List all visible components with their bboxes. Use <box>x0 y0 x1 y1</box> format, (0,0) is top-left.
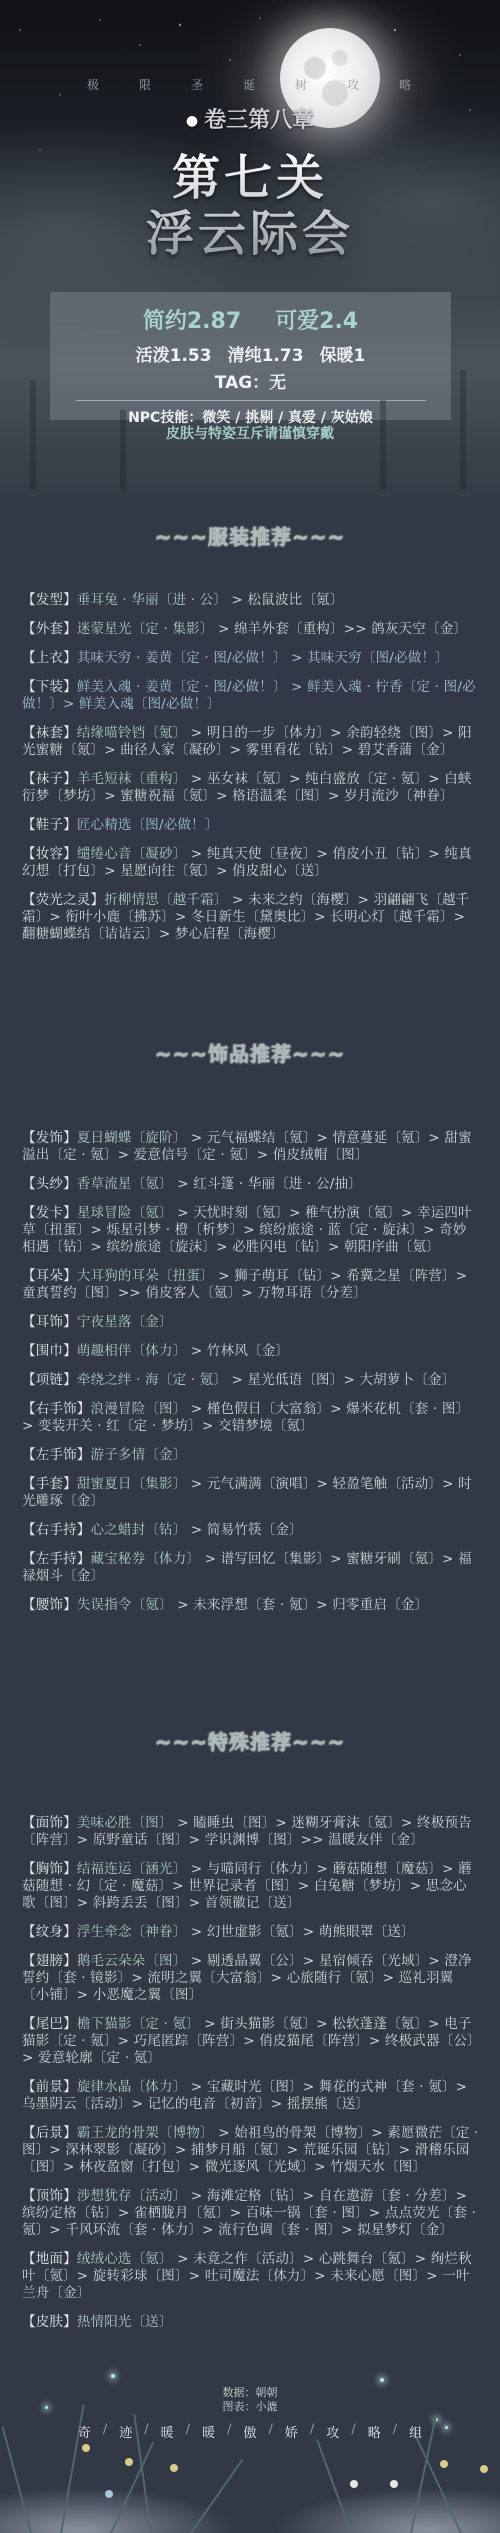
separator: / <box>144 2422 148 2441</box>
subtitle-char: 略 <box>399 76 413 93</box>
list-item: 【前景】旋律水晶〔体力〕 > 宝藏时光〔图〕> 舞花的式神〔套 · 氪〕> 乌墨… <box>22 2079 480 2113</box>
team-char: 娇 <box>285 2422 298 2441</box>
subtitle-char: 极 <box>87 76 101 93</box>
list-item: 【项链】牵绕之绊 · 海〔定 · 氪〕 > 星光低语〔图〕> 大胡萝卜〔金〕 <box>22 1372 480 1389</box>
credits-chart: 图表：小漉 <box>0 2400 500 2414</box>
item-primary: 大耳狗的耳朵〔扭蛋〕 <box>77 1268 214 1284</box>
item-primary: 浮生牵念〔神眷〕 <box>77 1924 187 1940</box>
team-char: 奇 <box>78 2422 91 2441</box>
stat-simple: 简约2.87 <box>143 304 241 335</box>
item-category: 【后景】 <box>22 2125 77 2141</box>
item-primary: 浪漫冒险〔图〕 <box>91 1401 187 1417</box>
item-primary: 折柳情思〔越千霜〕 <box>104 892 227 908</box>
item-primary: 牵绕之绊 · 海〔定 · 氪〕 <box>77 1372 227 1388</box>
separator: / <box>227 2422 231 2441</box>
list-item: 【地面】绒绒心选〔氪〕 > 未竟之作〔活动〕> 心跳舞台〔氪〕> 绚烂秋叶〔氪〕… <box>22 2251 480 2302</box>
stat-pure: 清纯1.73 <box>228 341 304 366</box>
firefly-decoration <box>111 2374 115 2378</box>
list-item: 【上衣】其味天穷 · 姜黄〔定 · 图/必做！〕 > 其味天穷〔图/必做！〕 <box>22 650 480 667</box>
flower-decoration <box>350 2480 358 2488</box>
item-primary: 迷蒙星光〔定 · 集影〕 <box>77 621 214 637</box>
item-category: 【荧光之灵】 <box>22 892 104 908</box>
item-category: 【前景】 <box>22 2079 77 2095</box>
item-category: 【地面】 <box>22 2251 77 2267</box>
subtitle-char: 攻 <box>347 76 361 93</box>
item-primary: 结福连运〔涵光〕 <box>77 1861 187 1877</box>
item-primary: 绒绒心选〔氪〕 <box>77 2251 173 2267</box>
separator: / <box>393 2422 397 2441</box>
separator: / <box>269 2422 273 2441</box>
item-primary: 垂耳兔 · 华丽〔进 · 公〕 <box>77 592 227 608</box>
chapter-label: ●卷三第八章 <box>0 103 500 134</box>
list-item: 【发型】垂耳兔 · 华丽〔进 · 公〕 > 松鼠波比〔氪〕 <box>22 592 480 609</box>
item-primary: 萌趣相伴〔体力〕 <box>77 1343 187 1359</box>
team-char: 迹 <box>119 2422 132 2441</box>
list-item: 【围巾】萌趣相伴〔体力〕 > 竹林风〔金〕 <box>22 1343 480 1360</box>
item-primary: 藏宝秘券〔体力〕 <box>91 1551 201 1567</box>
flower-decoration <box>390 2480 398 2488</box>
subtitle-char: 树 <box>295 76 309 93</box>
list-item: 【右手饰】浪漫冒险〔图〕 > 槿色假日〔大富翁〕> 爆米花机〔套 · 图〕> 变… <box>22 1401 480 1435</box>
item-primary: 热情阳光〔送〕 <box>77 2314 173 2330</box>
credits-data: 数据：朝朝 <box>0 2386 500 2400</box>
list-item: 【胸饰】结福连运〔涵光〕 > 与喵同行〔体力〕> 蘑菇随想〔魔菇〕> 蘑菇随想 … <box>22 1861 480 1912</box>
bamboo-decoration <box>30 380 36 490</box>
item-category: 【耳朵】 <box>22 1268 77 1284</box>
item-primary: 缱绻心音〔凝砂〕 <box>77 846 187 862</box>
hero-banner: 极 限 圣 诞 树 攻 略 ●卷三第八章 第七关 浮云际会 简约2.87 可爱2… <box>0 0 500 520</box>
list-item: 【耳饰】宁夜星落〔金〕 <box>22 1314 480 1331</box>
item-category: 【项链】 <box>22 1372 77 1388</box>
item-primary: 檐下猫影〔定 · 氪〕 <box>77 2016 200 2032</box>
section-title-accessories: ~~~饰品推荐~~~ <box>0 1038 500 1067</box>
item-category: 【外套】 <box>22 621 77 637</box>
item-category: 【鞋子】 <box>22 817 77 833</box>
item-category: 【右手持】 <box>22 1522 91 1538</box>
accessories-list: 【发饰】夏日蝴蝶〔旋阶〕 > 元气福蝶结〔氪〕> 情意蔓延〔氪〕> 甜蜜溢出〔定… <box>22 1130 480 1626</box>
credits: 数据：朝朝 图表：小漉 <box>0 2386 500 2414</box>
level-name: 浮云际会 <box>0 206 500 262</box>
item-primary: 涉想犹存〔活动〕 <box>77 2188 187 2204</box>
item-primary: 宁夜星落〔金〕 <box>77 1314 173 1330</box>
item-primary: 心之蜡封〔钻〕 <box>91 1522 187 1538</box>
item-alternatives: > 简易竹筷〔金〕 <box>186 1522 302 1538</box>
team-char: 略 <box>368 2422 381 2441</box>
item-primary: 星球冒险〔氪〕 <box>77 1205 173 1221</box>
separator: / <box>351 2422 355 2441</box>
item-category: 【纹身】 <box>22 1924 77 1940</box>
item-category: 【尾巴】 <box>22 2016 77 2032</box>
list-item: 【外套】迷蒙星光〔定 · 集影〕 > 绵羊外套〔重构〕>> 鸽灰天空〔金〕 <box>22 621 480 638</box>
item-primary: 甜蜜夏日〔集影〕 <box>77 1476 187 1492</box>
team-char: 攻 <box>326 2422 339 2441</box>
item-category: 【翅膀】 <box>22 1953 77 1969</box>
list-item: 【袜子】羊毛短袜〔重构〕 > 巫女袜〔氪〕> 纯白盛放〔定 · 氪〕> 白蛱衍梦… <box>22 771 480 805</box>
item-primary: 匠心精选〔图/必做！〕 <box>77 817 219 833</box>
team-char: 组 <box>409 2422 422 2441</box>
item-primary: 鲜美入魂 · 姜黄〔定 · 图/必做！〕 <box>77 679 287 695</box>
level-title: 第七关 浮云际会 <box>0 150 500 262</box>
bamboo-decoration <box>380 400 386 490</box>
flower-decoration <box>170 2464 178 2472</box>
orchid-leaf-decoration <box>316 2439 352 2533</box>
list-item: 【发饰】夏日蝴蝶〔旋阶〕 > 元气福蝶结〔氪〕> 情意蔓延〔氪〕> 甜蜜溢出〔定… <box>22 1130 480 1164</box>
item-alternatives: > 幻世虚影〔氪〕> 萌熊眼罩〔送〕 <box>186 1924 414 1940</box>
stats-panel: 简约2.87 可爱2.4 活泼1.53 清纯1.73 保暖1 TAG：无 NPC… <box>50 292 451 420</box>
list-item: 【鞋子】匠心精选〔图/必做！〕 <box>22 817 480 834</box>
list-item: 【面饰】美味必胜〔图〕 > 瞌睡虫〔图〕> 迷糊牙膏沫〔氪〕> 终极预告〔阵营〕… <box>22 1815 480 1849</box>
list-item: 【下装】鲜美入魂 · 姜黄〔定 · 图/必做！〕 > 鲜美入魂 · 柠香〔定 ·… <box>22 679 480 713</box>
item-primary: 游子多情〔金〕 <box>91 1447 187 1463</box>
list-item: 【顶饰】涉想犹存〔活动〕 > 海滩定格〔钻〕> 自在遨游〔套 · 分差〕> 缤纷… <box>22 2188 480 2239</box>
item-category: 【袜套】 <box>22 725 77 741</box>
list-item: 【翅膀】鹅毛云朵朵〔图〕 > 剔透晶翼〔公〕> 星宿倾吞〔光域〕> 澄净誓约〔套… <box>22 1953 480 2004</box>
item-alternatives: > 松鼠波比〔氪〕 <box>227 592 343 608</box>
chapter-text: 卷三第八章 <box>204 108 314 133</box>
bamboo-decoration <box>460 370 466 490</box>
list-item: 【发卡】星球冒险〔氪〕 > 天忧时刻〔氪〕> 稚气扮演〔氪〕> 幸运四叶草〔扭蛋… <box>22 1205 480 1256</box>
item-primary: 结缘喵铃铛〔氪〕 <box>77 725 187 741</box>
item-category: 【左手饰】 <box>22 1447 91 1463</box>
separator: / <box>186 2422 190 2441</box>
item-alternatives: > 其味天穷〔图/必做！〕 <box>287 650 449 666</box>
section-title-clothing: ~~~服装推荐~~~ <box>0 521 500 550</box>
stat-lively: 活泼1.53 <box>136 341 212 366</box>
item-primary: 美味必胜〔图〕 <box>77 1815 173 1831</box>
list-item: 【左手饰】游子多情〔金〕 <box>22 1447 480 1464</box>
team-signature: 奇/ 迹/ 暖/ 暖/ 傲/ 娇/ 攻/ 略/ 组 <box>0 2422 500 2441</box>
section-title-special: ~~~特殊推荐~~~ <box>0 1726 500 1755</box>
item-alternatives: > 未来浮想〔套 · 氪〕> 归零重启〔金〕 <box>173 1597 428 1613</box>
item-primary: 香草流星〔氪〕 <box>77 1176 173 1192</box>
item-alternatives: > 绵羊外套〔重构〕>> 鸽灰天空〔金〕 <box>214 621 468 637</box>
item-category: 【顶饰】 <box>22 2188 77 2204</box>
list-item: 【右手持】心之蜡封〔钻〕 > 简易竹筷〔金〕 <box>22 1522 480 1539</box>
flower-decoration <box>480 2465 488 2473</box>
secondary-stats: 活泼1.53 清纯1.73 保暖1 <box>50 341 451 366</box>
list-item: 【尾巴】檐下猫影〔定 · 氪〕 > 街头猫影〔氪〕> 松软蓬蓬〔氪〕> 电子猫影… <box>22 2016 480 2067</box>
divider <box>76 400 426 401</box>
separator: / <box>310 2422 314 2441</box>
list-item: 【腰饰】失误指令〔氪〕 > 未来浮想〔套 · 氪〕> 归零重启〔金〕 <box>22 1597 480 1614</box>
subtitle-char: 圣 <box>191 76 205 93</box>
flower-decoration <box>82 2444 90 2452</box>
item-category: 【妆容】 <box>22 846 77 862</box>
item-category: 【面饰】 <box>22 1815 77 1831</box>
team-char: 傲 <box>243 2422 256 2441</box>
item-alternatives: > 竹林风〔金〕 <box>186 1343 289 1359</box>
skin-warning: 皮肤与特姿互斥请谨慎穿戴 <box>0 423 500 443</box>
special-list: 【面饰】美味必胜〔图〕 > 瞌睡虫〔图〕> 迷糊牙膏沫〔氪〕> 终极预告〔阵营〕… <box>22 1815 480 2343</box>
item-alternatives: > 星光低语〔图〕> 大胡萝卜〔金〕 <box>227 1372 455 1388</box>
item-category: 【皮肤】 <box>22 2314 77 2330</box>
item-primary: 其味天穷 · 姜黄〔定 · 图/必做！〕 <box>77 650 287 666</box>
item-primary: 鹅毛云朵朵〔图〕 <box>77 1953 187 1969</box>
item-category: 【手套】 <box>22 1476 77 1492</box>
list-item: 【妆容】缱绻心音〔凝砂〕 > 纯真天使〔昼夜〕> 俏皮小丑〔钻〕> 纯真幻想〔打… <box>22 846 480 880</box>
firefly-decoration <box>380 2378 384 2382</box>
list-item: 【手套】甜蜜夏日〔集影〕 > 元气满满〔演唱〕> 轻盈笔触〔活动〕> 时光雕琢〔… <box>22 1476 480 1510</box>
list-item: 【荧光之灵】折柳情思〔越千霜〕 > 未来之约〔海樱〕> 羽翩翩飞〔越千霜〕> 衔… <box>22 892 480 943</box>
orchid-leaf-decoration <box>2 2426 32 2533</box>
team-char: 暖 <box>202 2422 215 2441</box>
item-category: 【腰饰】 <box>22 1597 77 1613</box>
list-item: 【皮肤】热情阳光〔送〕 <box>22 2314 480 2331</box>
list-item: 【袜套】结缘喵铃铛〔氪〕 > 明日的一步〔体力〕> 余韵轻绕〔图〕> 阳光蜜糖〔… <box>22 725 480 759</box>
level-number: 第七关 <box>0 150 500 206</box>
item-category: 【发饰】 <box>22 1130 77 1146</box>
bullet-dot-icon: ● <box>186 113 198 129</box>
list-item: 【后景】霸王龙的骨架〔博物〕 > 始祖鸟的骨架〔博物〕> 素愿微茫〔定 · 图〕… <box>22 2125 480 2176</box>
item-category: 【胸饰】 <box>22 1861 77 1877</box>
clothing-list: 【发型】垂耳兔 · 华丽〔进 · 公〕 > 松鼠波比〔氪〕 【外套】迷蒙星光〔定… <box>22 592 480 955</box>
item-primary: 失误指令〔氪〕 <box>77 1597 173 1613</box>
item-primary: 旋律水晶〔体力〕 <box>77 2079 187 2095</box>
item-category: 【发卡】 <box>22 1205 77 1221</box>
separator: / <box>103 2422 107 2441</box>
item-category: 【耳饰】 <box>22 1314 77 1330</box>
item-primary: 夏日蝴蝶〔旋阶〕 <box>77 1130 187 1146</box>
stat-cute: 可爱2.4 <box>275 304 358 335</box>
subtitle-char: 限 <box>139 76 153 93</box>
item-category: 【上衣】 <box>22 650 77 666</box>
team-char: 暖 <box>161 2422 174 2441</box>
item-primary: 羊毛短袜〔重构〕 <box>77 771 187 787</box>
stat-warm: 保暖1 <box>320 341 366 366</box>
item-category: 【围巾】 <box>22 1343 77 1359</box>
item-category: 【袜子】 <box>22 771 77 787</box>
item-category: 【左手持】 <box>22 1551 91 1567</box>
flower-decoration <box>125 2458 133 2466</box>
list-item: 【耳朵】大耳狗的耳朵〔扭蛋〕 > 狮子萌耳〔钻〕> 希冀之星〔阵营〕> 童真誓约… <box>22 1268 480 1302</box>
bamboo-decoration <box>120 410 126 490</box>
guide-subtitle: 极 限 圣 诞 树 攻 略 <box>0 76 500 93</box>
primary-stats: 简约2.87 可爱2.4 <box>50 304 451 335</box>
orchid-leaf-decoration <box>190 2459 243 2533</box>
item-primary: 霸王龙的骨架〔博物〕 <box>77 2125 214 2141</box>
flower-decoration <box>105 2490 113 2498</box>
item-category: 【发型】 <box>22 592 77 608</box>
item-category: 【头纱】 <box>22 1176 77 1192</box>
list-item: 【左手持】藏宝秘券〔体力〕 > 谱写回忆〔集影〕> 蜜糖牙刷〔氪〕> 福禄烟斗〔… <box>22 1551 480 1585</box>
item-category: 【右手饰】 <box>22 1401 91 1417</box>
tag-label: TAG：无 <box>50 368 451 393</box>
subtitle-char: 诞 <box>243 76 257 93</box>
list-item: 【纹身】浮生牵念〔神眷〕 > 幻世虚影〔氪〕> 萌熊眼罩〔送〕 <box>22 1924 480 1941</box>
flower-decoration <box>440 2460 448 2468</box>
item-alternatives: > 红斗篷 · 华丽〔进 · 公/抽〕 <box>173 1176 362 1192</box>
item-category: 【下装】 <box>22 679 77 695</box>
list-item: 【头纱】香草流星〔氪〕 > 红斗篷 · 华丽〔进 · 公/抽〕 <box>22 1176 480 1193</box>
